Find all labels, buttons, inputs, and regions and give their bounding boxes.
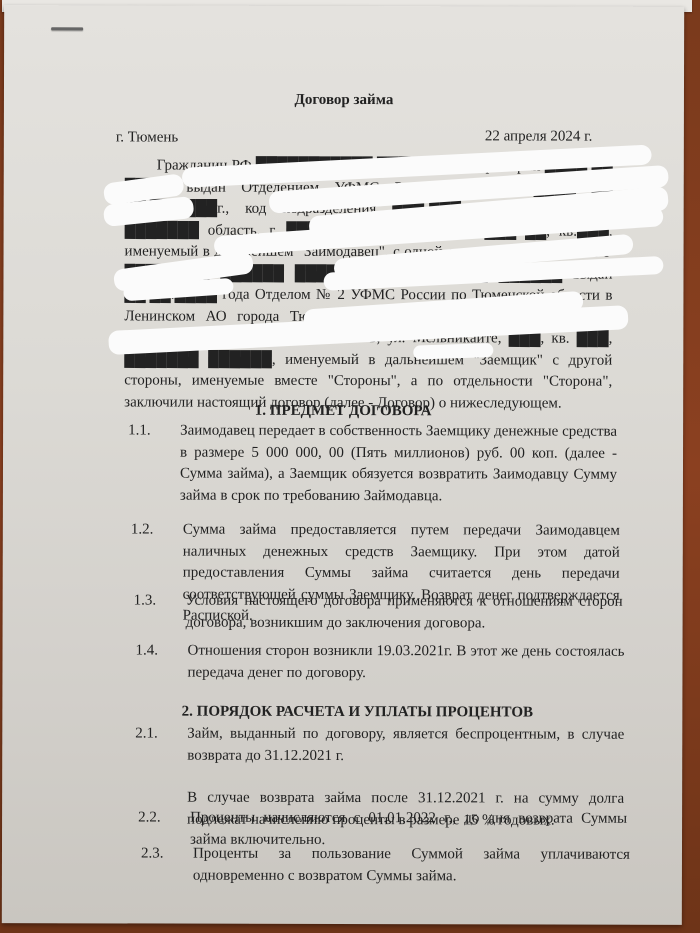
clause-text: Займ, выданный по договору, является бес… — [187, 724, 624, 768]
clause-number: 2.2. — [138, 807, 188, 829]
clause-1-4: 1.4. Отношения сторон возникли 19.03.202… — [135, 640, 624, 684]
clause-2-3: 2.3. Проценты за пользование Суммой займ… — [141, 843, 630, 887]
clause-number: 1.1. — [128, 420, 178, 442]
clause-text: Условия настоящего договора применяются … — [186, 591, 623, 635]
clause-1-1: 1.1. Заимодавец передает в собственность… — [128, 420, 617, 507]
redaction-mark — [413, 343, 493, 360]
section-title-1: 1. ПРЕДМЕТ ДОГОВОРА — [3, 402, 683, 421]
clause-number: 1.3. — [134, 590, 184, 612]
document-page: Договор займа г. Тюмень 22 апреля 2024 г… — [2, 5, 684, 925]
clause-number: 2.3. — [141, 843, 191, 865]
clause-1-3: 1.3. Условия настоящего договора применя… — [134, 590, 623, 634]
staple — [51, 27, 83, 30]
clause-number: 1.2. — [131, 519, 181, 541]
clause-text: Заимодавец передает в собственность Заем… — [180, 421, 617, 508]
clause-text: Отношения сторон возникли 19.03.2021г. В… — [187, 641, 624, 685]
clause-number: 1.4. — [135, 640, 185, 662]
section-title-2: 2. ПОРЯДОК РАСЧЕТА И УПЛАТЫ ПРОЦЕНТОВ — [32, 703, 682, 722]
clause-number: 2.1. — [135, 723, 185, 745]
document-date: 22 апреля 2024 г. — [485, 128, 593, 145]
clause-text: Проценты за пользование Суммой займа упл… — [193, 844, 630, 888]
document-city: г. Тюмень — [116, 129, 178, 146]
document-title: Договор займа — [4, 91, 684, 110]
